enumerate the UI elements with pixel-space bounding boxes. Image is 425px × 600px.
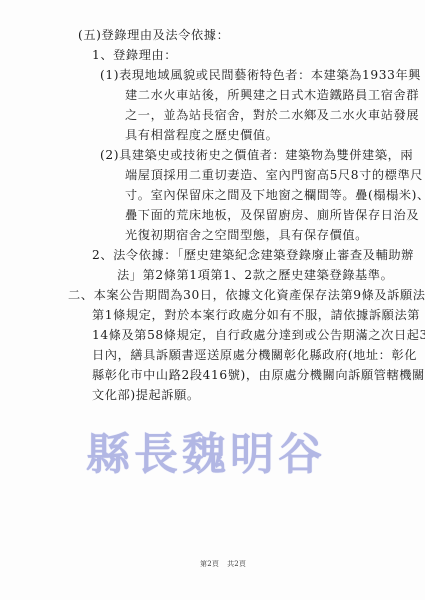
reason2-line: 端屋頂採用二重切妻造、室內門窗高5尺8寸的標準尺	[125, 165, 423, 185]
appeal-notice-line: 14條及第58條規定，自行政處分達到或公告期滿之次日起30	[92, 325, 425, 345]
item1-heading: 1、登錄理由：	[92, 45, 177, 65]
reason2-line: 光復初期宿舍之空間型態，具有保存價值。	[125, 225, 368, 245]
page-total: 共2頁	[227, 559, 246, 569]
page-footer: 第2頁共2頁	[200, 559, 254, 569]
section-heading: (五)登錄理由及法令依據：	[78, 25, 229, 45]
reason1-line: 具有相當程度之歷史價值。	[125, 125, 278, 145]
reason1-line: (1)表現地域風貌或民間藝術特色者：本建築為1933年興	[100, 65, 421, 85]
page-number: 第2頁	[200, 559, 219, 569]
appeal-notice-line: 二、本案公告期間為30日，依據文化資產保存法第9條及訴願法	[68, 285, 425, 305]
reason2-line: 寸。室內保留床之間及下地窗之欄間等。疊(榻榻米)、	[125, 185, 425, 205]
magistrate-seal-stamp: 縣長魏明谷	[86, 428, 336, 482]
reason2-line: 疊下面的荒床地板，及保留廚房、廁所皆保存日治及	[125, 205, 419, 225]
reason1-line: 之一，並為站長宿舍，對於二水鄉及二水火車站發展	[125, 105, 419, 125]
appeal-notice-line: 文化部)提起訴願。	[92, 385, 200, 405]
appeal-notice-line: 日內，繕具訴願書逕送原處分機關彰化縣政府(地址：彰化	[92, 345, 417, 365]
document-page: (五)登錄理由及法令依據： 1、登錄理由： (1)表現地域風貌或民間藝術特色者：…	[0, 0, 425, 600]
legal-basis-line: 2、法令依據：「歷史建築紀念建築登錄廢止審查及輔助辦	[92, 245, 414, 265]
appeal-notice-line: 縣彰化市中山路2段416號)，由原處分機關向訴願管轄機關(	[92, 365, 425, 385]
reason1-line: 建二水火車站後，所興建之日式木造鐵路員工宿舍群	[125, 85, 419, 105]
appeal-notice-line: 第1條規定，對於本案行政處分如有不服，請依據訴願法第	[92, 305, 420, 325]
legal-basis-line: 法」第2條第1項第1、2款之歷史建築登錄基準。	[117, 265, 393, 285]
reason2-line: (2)具建築史或技術史之價值者：建築物為雙併建築，兩	[100, 145, 413, 165]
